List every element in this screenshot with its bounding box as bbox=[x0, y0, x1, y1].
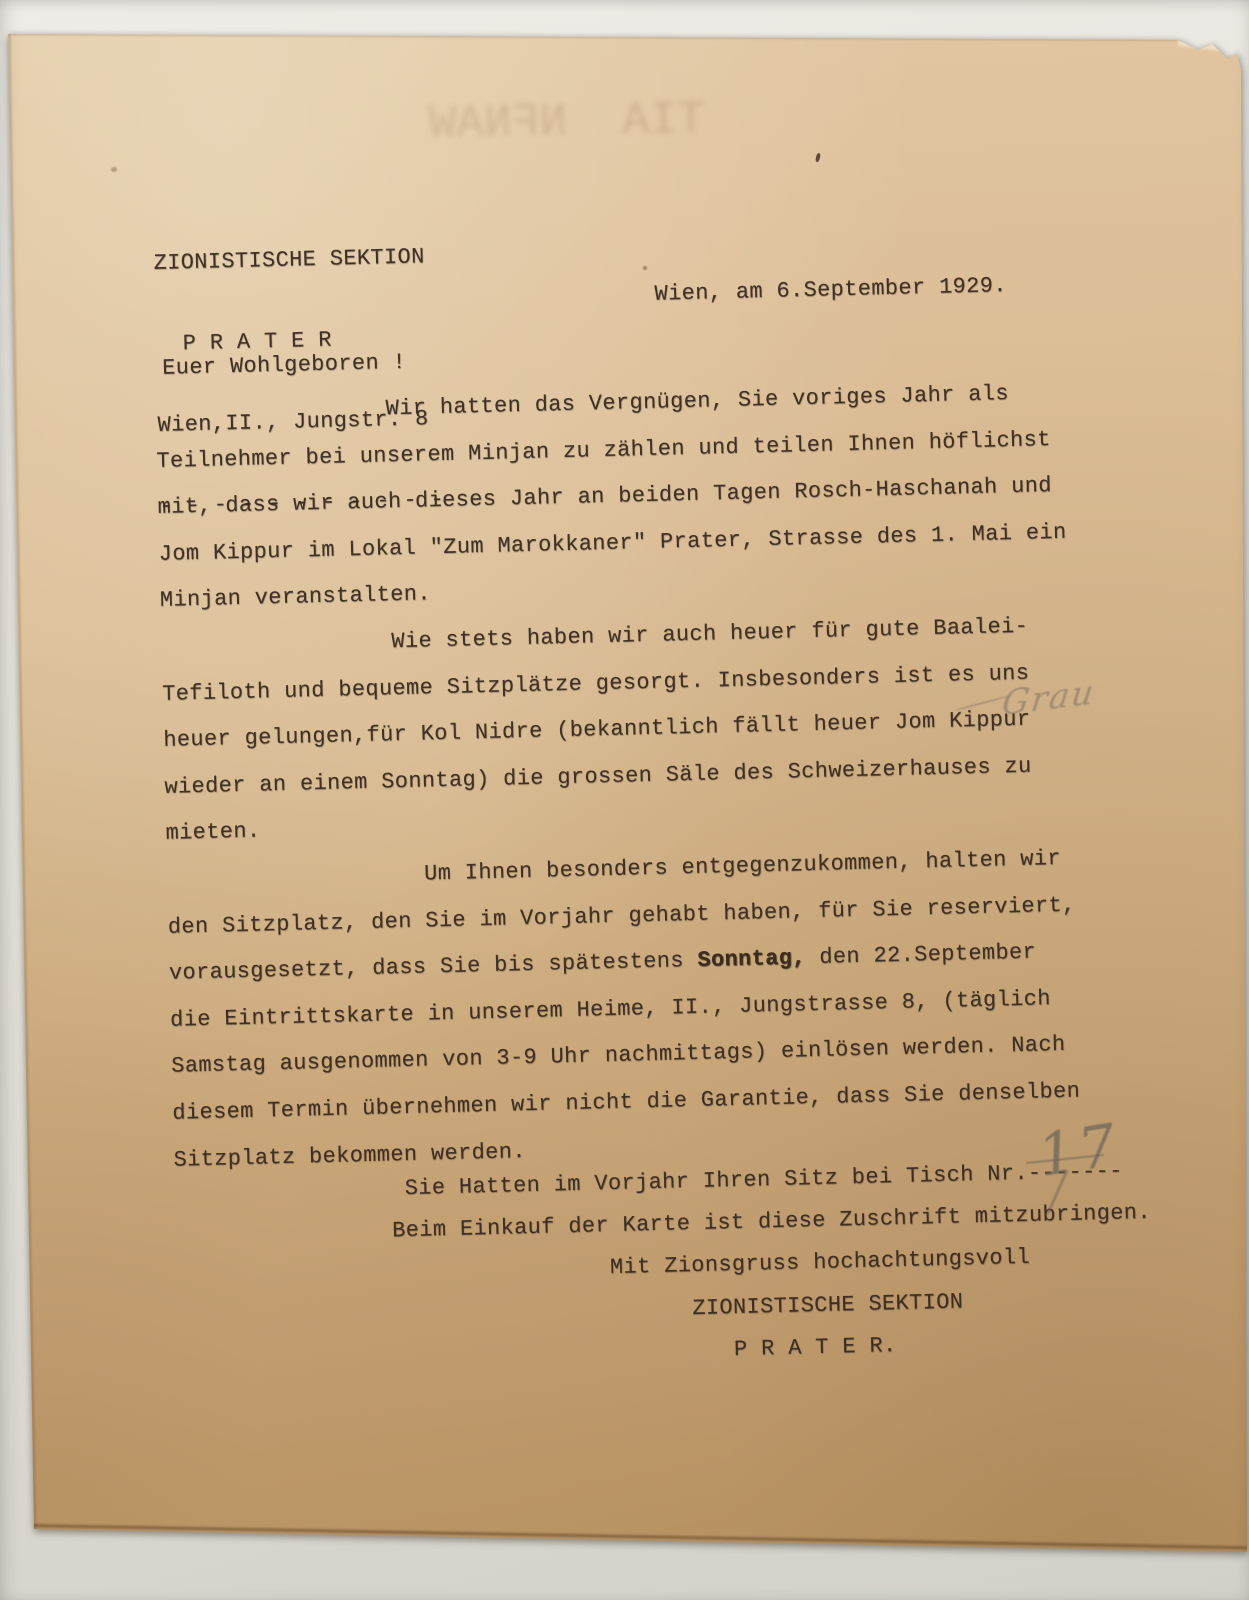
letterhead-org: ZIONISTISCHE SEKTION bbox=[153, 243, 438, 277]
torn-corner bbox=[1177, 33, 1230, 52]
salutation: Euer Wohlgeboren ! bbox=[162, 340, 407, 393]
dateline: Wien, am 6.September 1929. bbox=[654, 263, 1007, 318]
scanner-background: TIA NFNAW ZIONISTISCHE SEKTION P R A T E… bbox=[0, 0, 1249, 1600]
ink-speck bbox=[643, 266, 647, 270]
letter-body: Wir hatten das Vergnügen, Sie voriges Ja… bbox=[155, 370, 1082, 1184]
paper-edge-left bbox=[8, 34, 36, 1532]
ink-speck bbox=[815, 153, 821, 163]
letter-paper: TIA NFNAW ZIONISTISCHE SEKTION P R A T E… bbox=[0, 0, 1249, 1600]
handwritten-table-number: 17 bbox=[1033, 1110, 1124, 1190]
paper-edge-top bbox=[8, 33, 1188, 41]
letter-paper-wrap: TIA NFNAW ZIONISTISCHE SEKTION P R A T E… bbox=[0, 0, 1249, 1600]
typed-content: ZIONISTISCHE SEKTION P R A T E R Wien,II… bbox=[150, 169, 1249, 615]
ink-speck bbox=[111, 167, 117, 172]
bleed-through-ghost-text: TIA NFNAW bbox=[225, 94, 706, 154]
paper-edge-bottom bbox=[30, 1524, 1249, 1549]
letter-closing: Sie Hatten im Vorjahr Ihren Sitz bei Tis… bbox=[174, 1150, 1155, 1385]
